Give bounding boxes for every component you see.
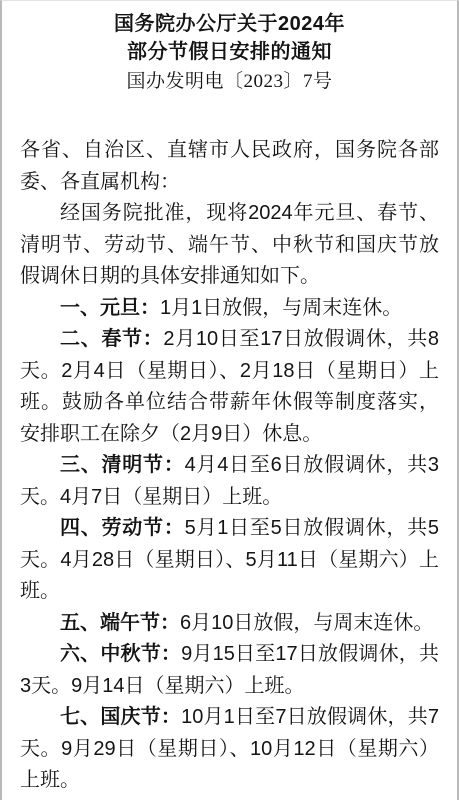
holiday-label-labor-day: 四、劳动节： (60, 517, 185, 539)
holiday-label-national-day: 七、国庆节： (60, 706, 181, 728)
holiday-item-new-year: 一、元旦：1月1日放假，与周末连休。 (20, 293, 439, 325)
holiday-text-dragon-boat: 6月10日放假，与周末连休。 (180, 612, 433, 634)
doc-title-line-1: 国务院办公厅关于2024年 (2, 10, 457, 38)
holiday-item-qingming: 三、清明节：4月4日至6日放假调休，共3天。4月7日（星期日）上班。 (20, 450, 439, 513)
document-header: 国务院办公厅关于2024年 部分节假日安排的通知 国办发明电〔2023〕7号 (2, 1, 457, 97)
intro-text: 经国务院批准，现将2024年元旦、春节、清明节、劳动节、端午节、中秋节和国庆节放… (20, 202, 439, 287)
doc-number: 国办发明电〔2023〕7号 (2, 67, 457, 97)
holiday-item-mid-autumn: 六、中秋节：9月15日至17日放假调休，共3天。9月14日（星期六）上班。 (20, 639, 439, 702)
paragraph-salutation: 各省、自治区、直辖市人民政府，国务院各部委、各直属机构： (20, 135, 439, 198)
salutation-text: 各省、自治区、直辖市人民政府，国务院各部委、各直属机构： (20, 139, 439, 193)
doc-title-line-2: 部分节假日安排的通知 (2, 38, 457, 66)
holiday-label-spring-festival: 二、春节： (60, 328, 163, 350)
holiday-label-dragon-boat: 五、端午节： (60, 612, 180, 634)
holiday-text-new-year: 1月1日放假，与周末连休。 (160, 297, 402, 319)
holiday-item-dragon-boat: 五、端午节：6月10日放假，与周末连休。 (20, 608, 439, 640)
holiday-item-labor-day: 四、劳动节：5月1日至5日放假调休，共5天。4月28日（星期日）、5月11日（星… (20, 513, 439, 608)
document-page: 国务院办公厅关于2024年 部分节假日安排的通知 国办发明电〔2023〕7号 各… (0, 0, 459, 800)
holiday-item-national-day: 七、国庆节：10月1日至7日放假调休，共7天。9月29日（星期日）、10月12日… (20, 702, 439, 797)
document-body: 各省、自治区、直辖市人民政府，国务院各部委、各直属机构： 经国务院批准，现将20… (2, 135, 457, 797)
holiday-label-mid-autumn: 六、中秋节： (60, 643, 181, 665)
paragraph-intro: 经国务院批准，现将2024年元旦、春节、清明节、劳动节、端午节、中秋节和国庆节放… (20, 198, 439, 293)
holiday-item-spring-festival: 二、春节：2月10日至17日放假调休，共8天。2月4日（星期日）、2月18日（星… (20, 324, 439, 450)
holiday-label-qingming: 三、清明节： (60, 454, 185, 476)
holiday-label-new-year: 一、元旦： (60, 297, 160, 319)
